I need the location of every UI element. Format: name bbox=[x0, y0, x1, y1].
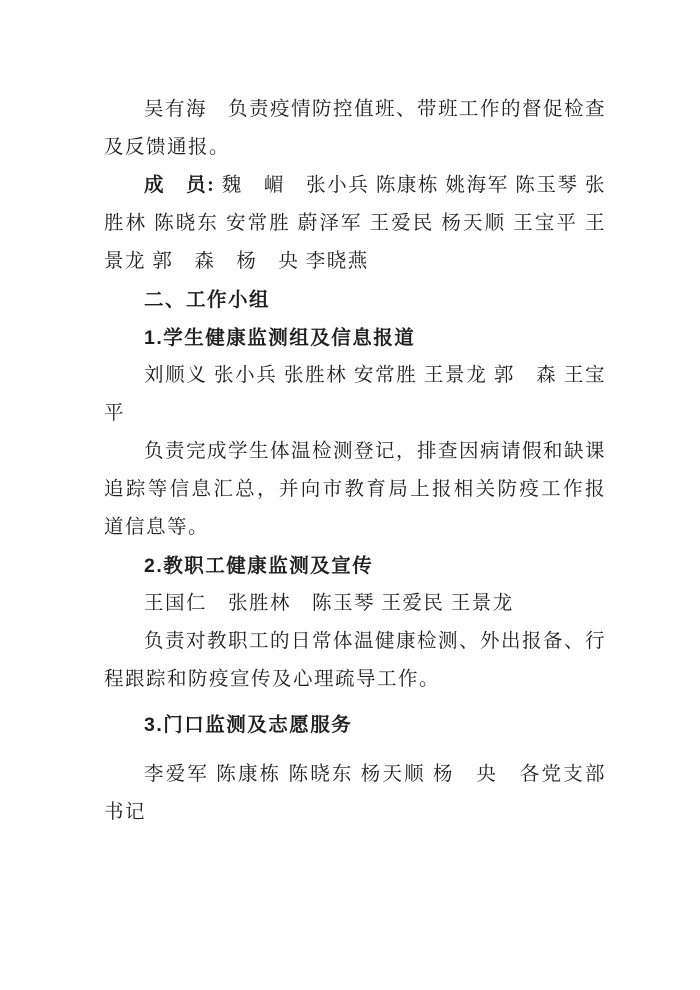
paragraph-group2-duty: 负责对教职工的日常体温健康检测、外出报备、行程跟踪和防疫宣传及心理疏导工作。 bbox=[104, 623, 606, 699]
paragraph-wu-duty: 吴有海 负责疫情防控值班、带班工作的督促检查及反馈通报。 bbox=[104, 91, 606, 167]
paragraph-group3-members: 李爱军 陈康栋 陈晓东 杨天顺 杨 央 各党支部书记 bbox=[104, 756, 606, 832]
members-label: 成 员: bbox=[144, 175, 222, 196]
paragraph-group1-members: 刘顺义 张小兵 张胜林 安常胜 王景龙 郭 森 王宝平 bbox=[104, 357, 606, 433]
paragraph-group1-duty: 负责完成学生体温检测登记，排查因病请假和缺课追踪等信息汇总，并向市教育局上报相关… bbox=[104, 433, 606, 547]
document-page: 吴有海 负责疫情防控值班、带班工作的督促检查及反馈通报。 成 员: 魏 嵋 张小… bbox=[0, 0, 700, 990]
heading-group1-student-health: 1.学生健康监测组及信息报道 bbox=[104, 319, 606, 357]
heading-work-groups-section: 二、工作小组 bbox=[104, 281, 606, 319]
paragraph-group2-members: 王国仁 张胜林 陈玉琴 王爱民 王景龙 bbox=[104, 585, 606, 623]
paragraph-members: 成 员: 魏 嵋 张小兵 陈康栋 姚海军 陈玉琴 张胜林 陈晓东 安常胜 蔚泽军… bbox=[104, 167, 606, 281]
heading-group2-staff-health: 2.教职工健康监测及宣传 bbox=[104, 547, 606, 585]
heading-group3-gate-monitoring: 3.门口监测及志愿服务 bbox=[104, 706, 606, 744]
